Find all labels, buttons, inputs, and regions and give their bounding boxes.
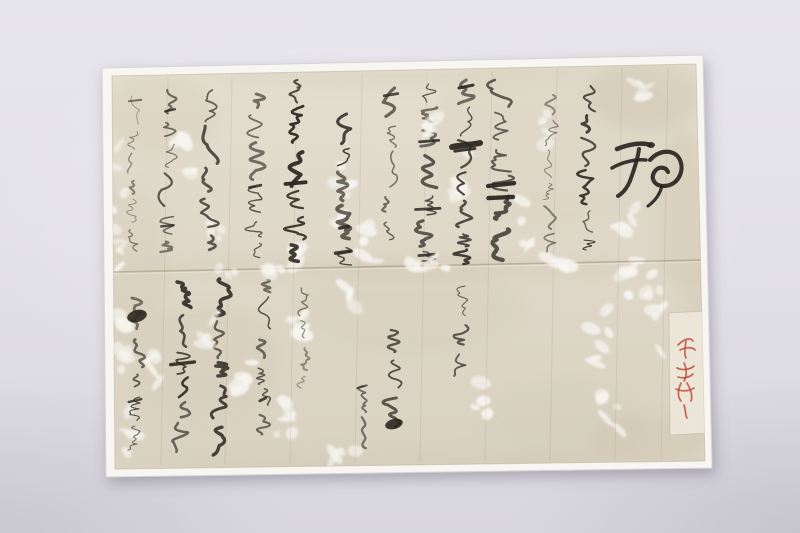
manuscript-photo xyxy=(0,0,800,533)
repair-strip xyxy=(669,311,707,435)
photo-background xyxy=(0,0,800,533)
